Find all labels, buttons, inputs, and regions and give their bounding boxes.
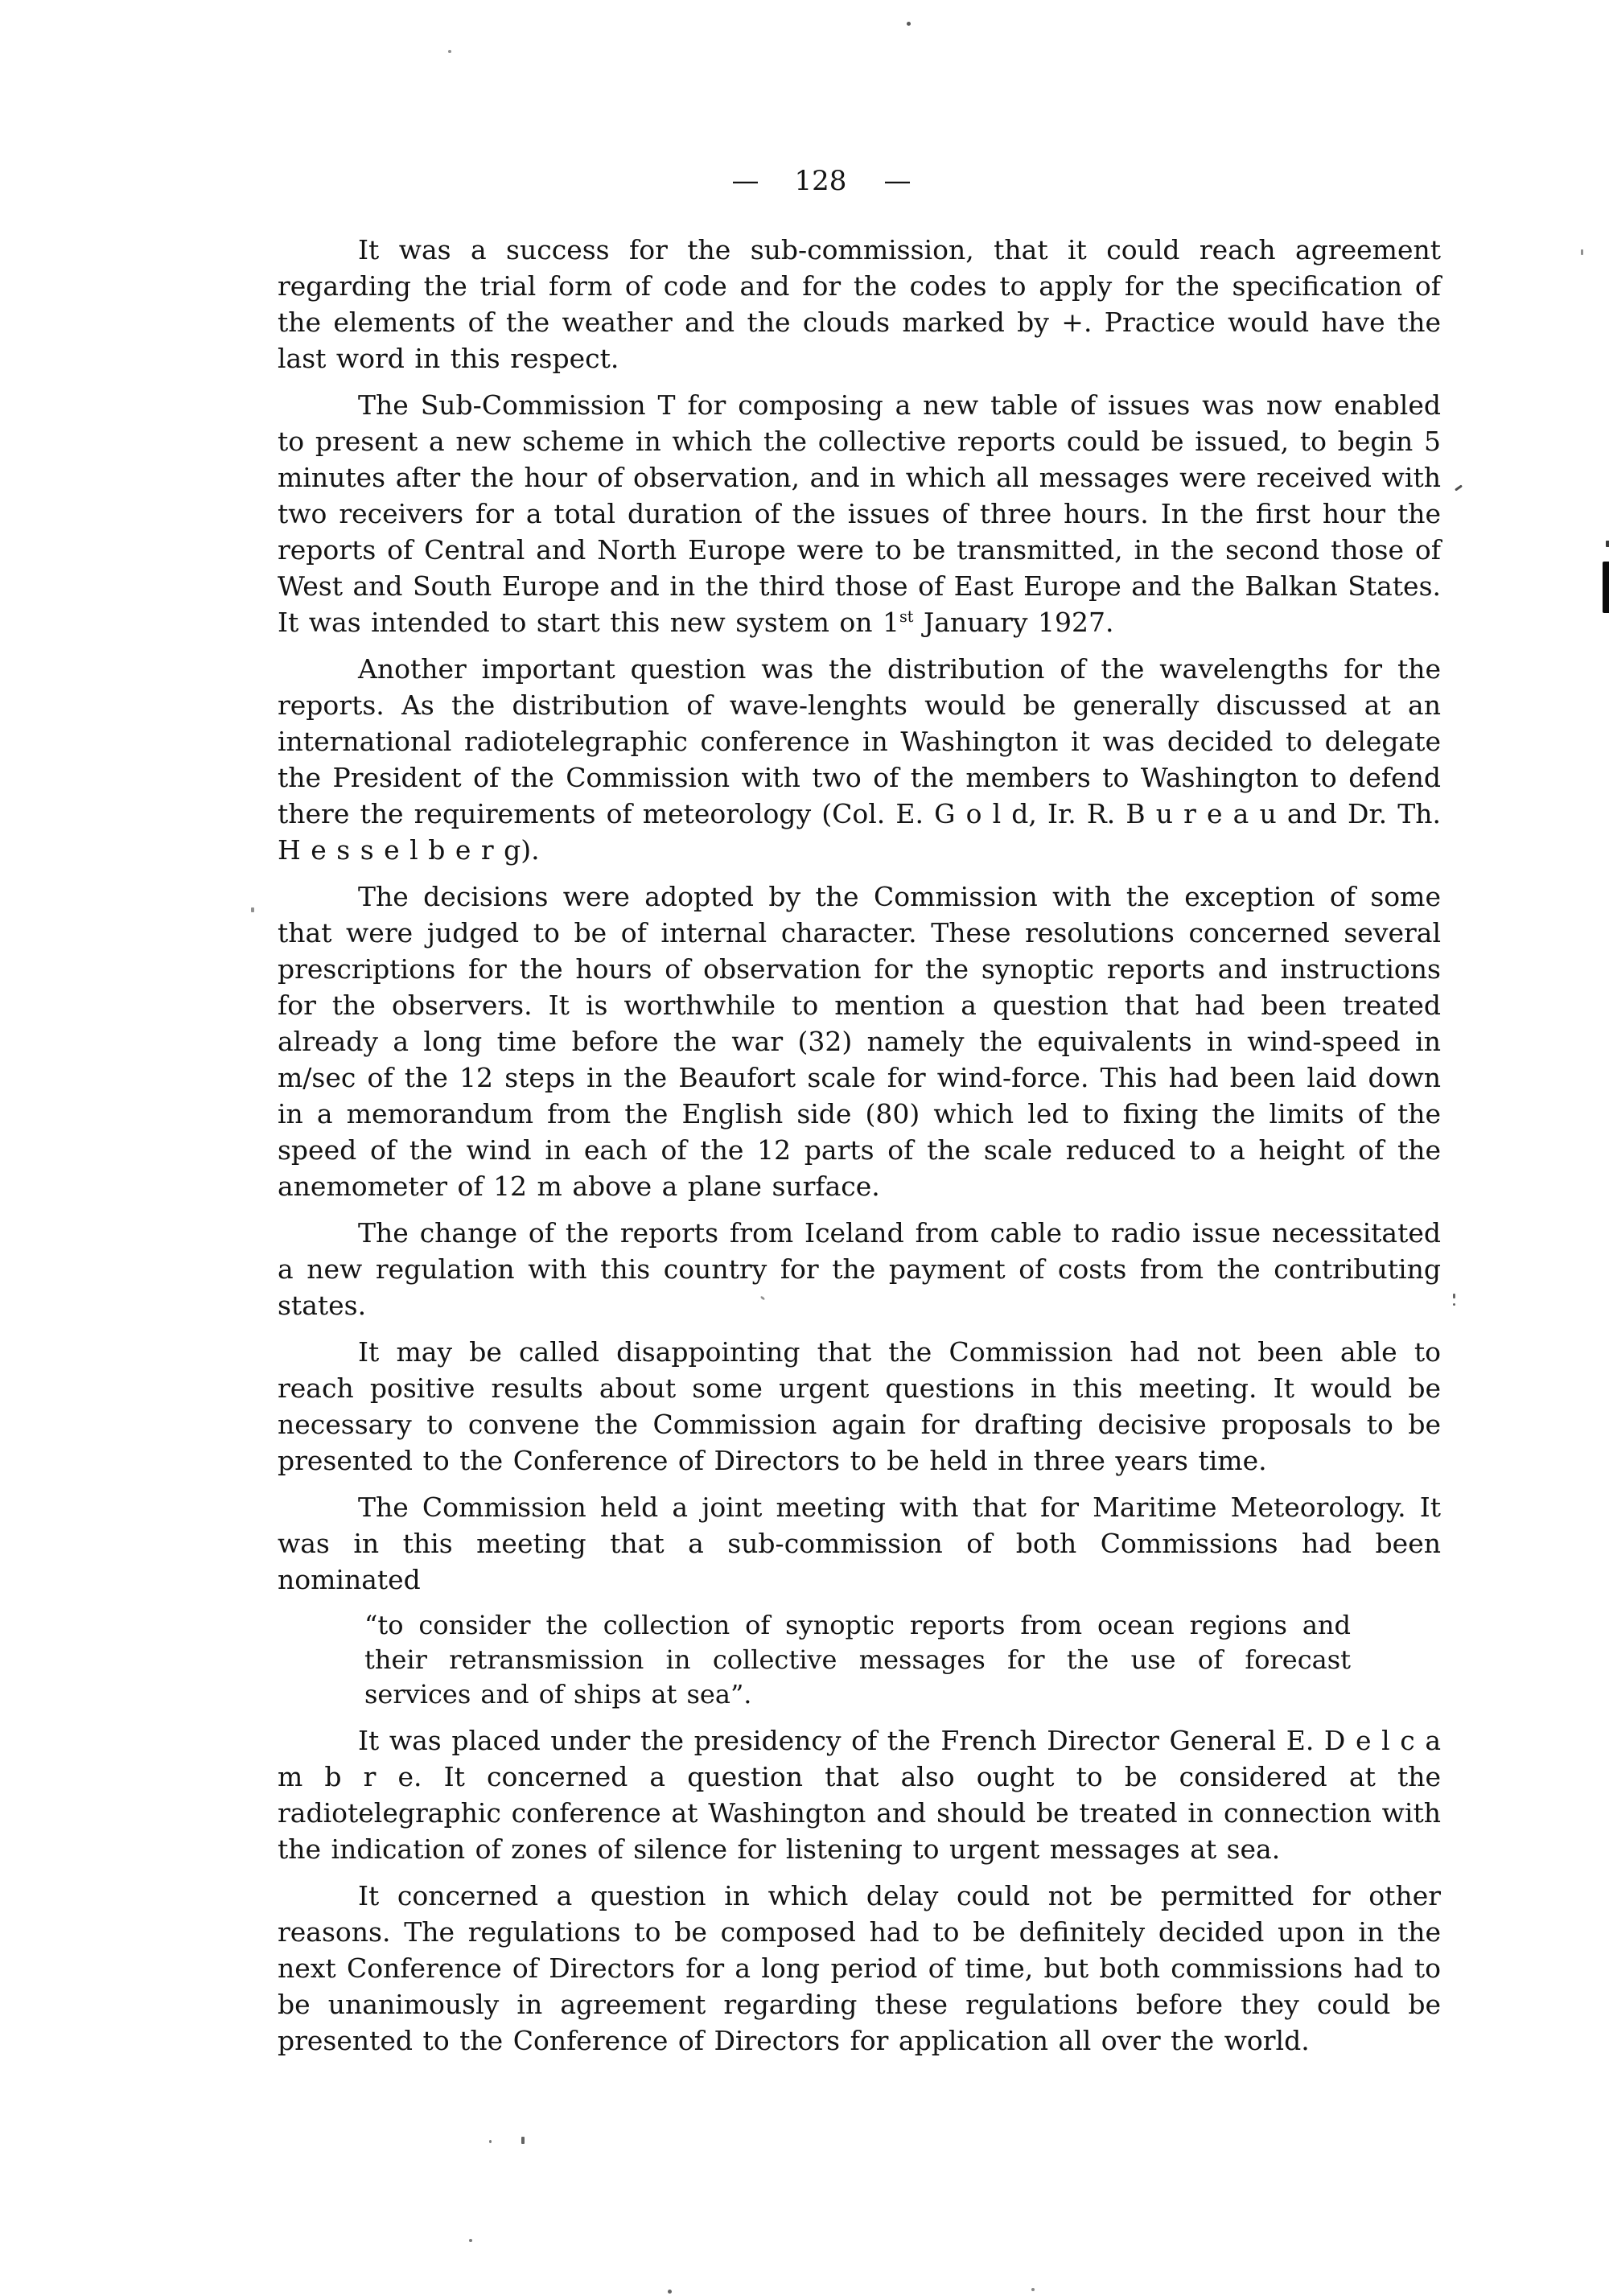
page-number-dash-right: — <box>883 165 909 197</box>
scan-speck <box>469 2239 472 2242</box>
paragraph: The Sub-Commission T for composing a new… <box>278 387 1441 640</box>
paragraph: The decisions were adopted by the Commis… <box>278 878 1441 1204</box>
scan-edge-mark <box>1603 562 1609 613</box>
scan-speck <box>1453 1294 1455 1298</box>
paragraph-text: The Commission held a joint meeting with… <box>278 1492 1441 1595</box>
block-quote: “to consider the collection of synoptic … <box>364 1608 1351 1712</box>
paragraph: It was a success for the sub-commission,… <box>278 232 1441 376</box>
page-number-dash-left: — <box>732 165 758 197</box>
paragraph: It may be called disappointing that the … <box>278 1334 1441 1479</box>
paragraph: Another important question was the distr… <box>278 651 1441 868</box>
page-number: 128 <box>795 165 847 197</box>
scan-speck <box>251 907 254 912</box>
scan-speck <box>1453 1303 1455 1306</box>
paragraph-text: Another important question was the distr… <box>278 653 1441 866</box>
paragraph-text: January 1927. <box>914 607 1114 638</box>
scan-speck <box>1455 484 1463 491</box>
paragraph-text: “to consider the collection of synoptic … <box>364 1610 1351 1710</box>
paragraph: The Commission held a joint meeting with… <box>278 1489 1441 1598</box>
scan-speck <box>448 50 451 53</box>
paragraph-text: The decisions were adopted by the Commis… <box>278 881 1441 1202</box>
paragraph-text: It may be called disappointing that the … <box>278 1336 1441 1476</box>
paragraph-text: It concerned a question in which delay c… <box>278 1880 1441 2056</box>
scan-speck <box>521 2137 525 2144</box>
scan-speck <box>668 2290 672 2294</box>
paragraph-text: It was a success for the sub-commission,… <box>278 234 1441 374</box>
document-page: — 128 — It was a success for the sub-com… <box>0 0 1609 2296</box>
scan-speck <box>1606 541 1609 547</box>
paragraph-text: The change of the reports from Iceland f… <box>278 1217 1441 1321</box>
scan-speck <box>1581 249 1583 255</box>
paragraph-text: The Sub-Commission T for composing a new… <box>278 389 1441 638</box>
page-header: — 128 — <box>16 165 1609 197</box>
paragraph: It was placed under the presidency of th… <box>278 1722 1441 1867</box>
scan-speck <box>489 2140 492 2143</box>
paragraph: The change of the reports from Iceland f… <box>278 1215 1441 1323</box>
scan-speck <box>907 22 911 26</box>
paragraph-text: It was placed under the presidency of th… <box>278 1725 1441 1865</box>
text-block: It was a success for the sub-commission,… <box>278 232 1441 2069</box>
scan-speck <box>1031 2288 1035 2291</box>
superscript-text: st <box>899 607 914 626</box>
paragraph: It concerned a question in which delay c… <box>278 1878 1441 2059</box>
